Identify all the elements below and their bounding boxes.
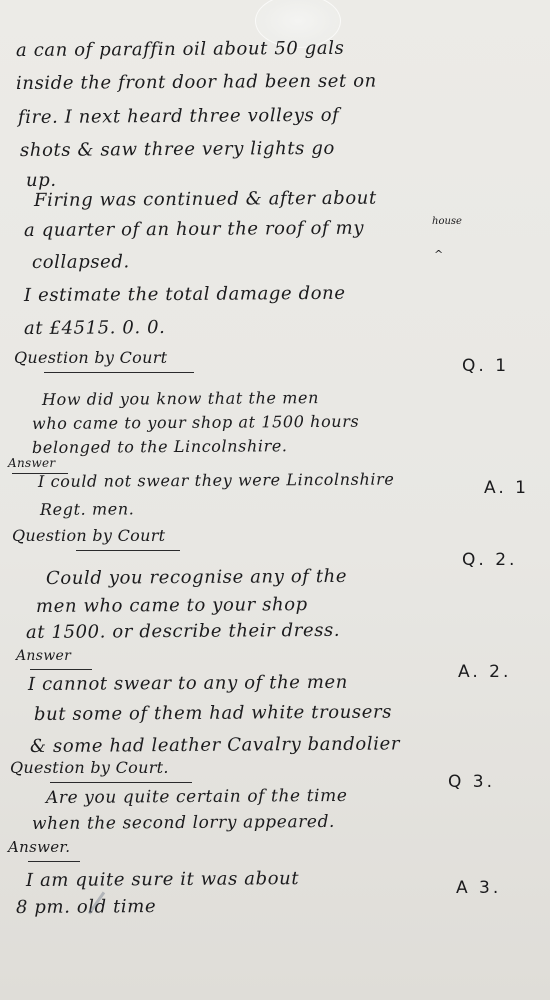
question-line: when the second lorry appeared.	[32, 812, 335, 834]
question-line: Could you recognise any of the	[46, 566, 347, 589]
answer-ref: A. 2.	[458, 662, 511, 682]
statement-line: at £4515. 0. 0.	[24, 317, 166, 339]
question-heading-text: Question by Court	[14, 348, 167, 367]
answer-heading-text: Answer	[16, 648, 71, 664]
question-line: belonged to the Lincolnshire.	[32, 436, 288, 457]
answer-line: Regt. men.	[40, 499, 135, 519]
answer-line: I cannot swear to any of the men	[28, 672, 348, 695]
statement-line: a can of paraffin oil about 50 gals	[16, 38, 345, 61]
question-line: Are you quite certain of the time	[46, 786, 348, 808]
statement-line: up.	[26, 170, 57, 191]
answer-heading-text: Answer.	[8, 838, 70, 856]
question-line: who came to your shop at 1500 hours	[32, 412, 359, 433]
answer-ref: A 3.	[456, 878, 501, 898]
document-page: a can of paraffin oil about 50 gals insi…	[0, 0, 550, 1000]
statement-line: Firing was continued & after about	[34, 188, 377, 211]
question-line: men who came to your shop	[36, 594, 308, 617]
answer-line: & some had leather Cavalry bandolier	[30, 733, 400, 757]
answer-heading: Answer	[16, 648, 92, 664]
answer-ref: A. 1	[484, 478, 529, 498]
question-ref: Q. 2.	[462, 550, 517, 570]
underline	[44, 372, 194, 374]
statement-line: collapsed.	[32, 251, 130, 273]
statement-line: fire. I next heard three volleys of	[18, 105, 340, 128]
insertion-note: house	[432, 216, 462, 227]
underline	[76, 550, 180, 552]
answer-line: but some of them had white trousers	[34, 702, 392, 725]
underline	[28, 861, 80, 863]
question-ref: Q. 1	[462, 356, 509, 376]
answer-line: I could not swear they were Lincolnshire	[38, 470, 394, 491]
question-heading: Question by Court.	[10, 758, 196, 777]
underline	[50, 782, 192, 784]
statement-line: shots & saw three very lights go	[20, 138, 335, 161]
question-heading-text: Question by Court.	[10, 758, 169, 777]
question-heading: Question by Court	[12, 526, 198, 545]
question-line: at 1500. or describe their dress.	[26, 620, 340, 643]
statement-line: I estimate the total damage done	[24, 283, 346, 306]
question-ref: Q 3.	[448, 772, 495, 792]
question-heading-text: Question by Court	[12, 526, 165, 545]
answer-line: 8 pm. old time	[16, 896, 156, 918]
answer-heading: Answer.	[8, 838, 88, 856]
question-line: How did you know that the men	[42, 388, 319, 409]
answer-heading: Answer	[8, 456, 68, 470]
statement-line: inside the front door had been set on	[16, 70, 377, 94]
question-heading: Question by Court	[14, 348, 194, 367]
statement-line: a quarter of an hour the roof of my	[24, 218, 364, 241]
insertion-caret: ^	[434, 248, 443, 261]
answer-line: I am quite sure it was about	[26, 868, 299, 891]
answer-heading-text: Answer	[8, 456, 55, 470]
underline	[30, 669, 92, 671]
